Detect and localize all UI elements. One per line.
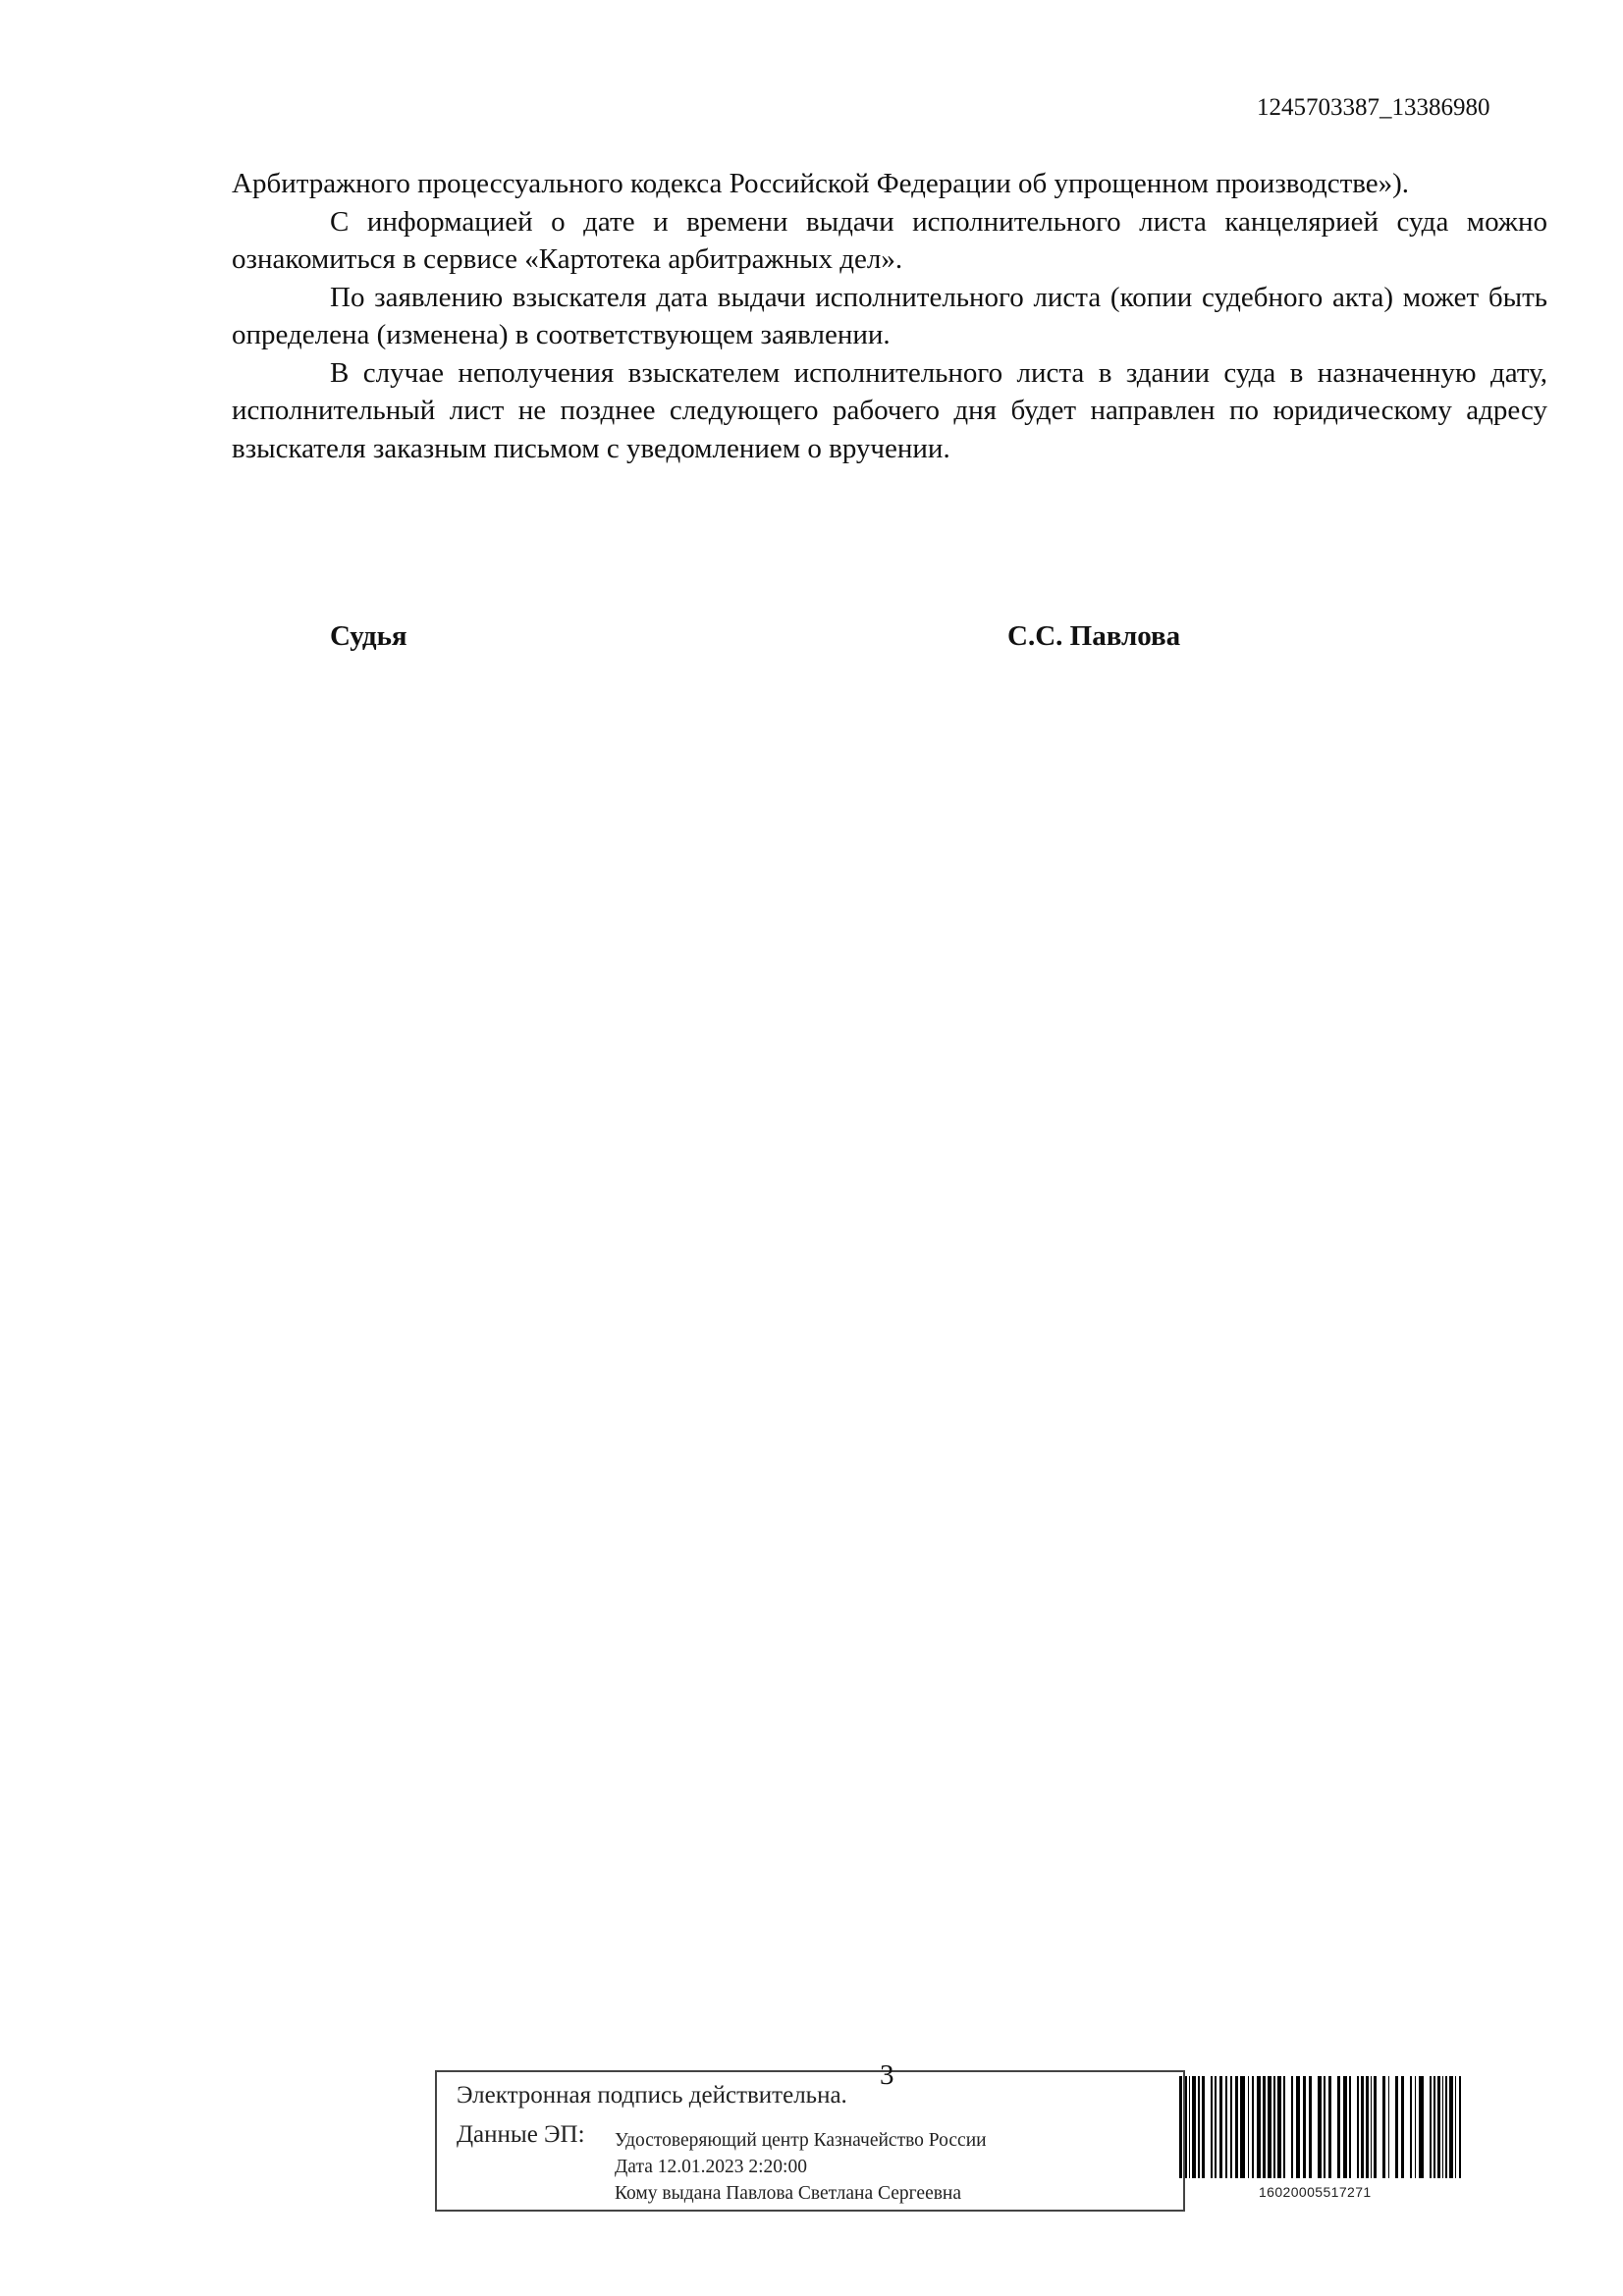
certificate-center: Удостоверяющий центр Казначейство России	[615, 2127, 987, 2154]
barcode-icon	[1179, 2076, 1474, 2178]
document-body: Арбитражного процессуального кодекса Рос…	[232, 165, 1547, 467]
electronic-signature-stamp: Электронная подпись действительна. Данны…	[435, 2070, 1185, 2212]
paragraph-continuation: Арбитражного процессуального кодекса Рос…	[232, 165, 1547, 203]
signature-role: Судья	[330, 620, 407, 653]
page-number: 3	[880, 2059, 894, 2092]
signature-details: Удостоверяющий центр Казначейство России…	[615, 2127, 987, 2207]
signature-issued-to: Кому выдана Павлова Светлана Сергеевна	[615, 2180, 987, 2207]
barcode-number: 16020005517271	[1259, 2184, 1372, 2200]
signature-name: С.С. Павлова	[1007, 620, 1180, 653]
signature-status: Электронная подпись действительна.	[457, 2082, 847, 2109]
paragraph-issue-date-change: По заявлению взыскателя дата выдачи испо…	[232, 279, 1547, 354]
signature-date: Дата 12.01.2023 2:20:00	[615, 2154, 987, 2180]
document-id: 1245703387_13386980	[1257, 94, 1551, 122]
signature-data-label: Данные ЭП:	[457, 2121, 585, 2149]
paragraph-mail-delivery: В случае неполучения взыскателем исполни…	[232, 354, 1547, 468]
judge-signature-block: Судья С.С. Павлова	[0, 620, 1623, 660]
paragraph-case-card-info: С информацией о дате и времени выдачи ис…	[232, 203, 1547, 279]
